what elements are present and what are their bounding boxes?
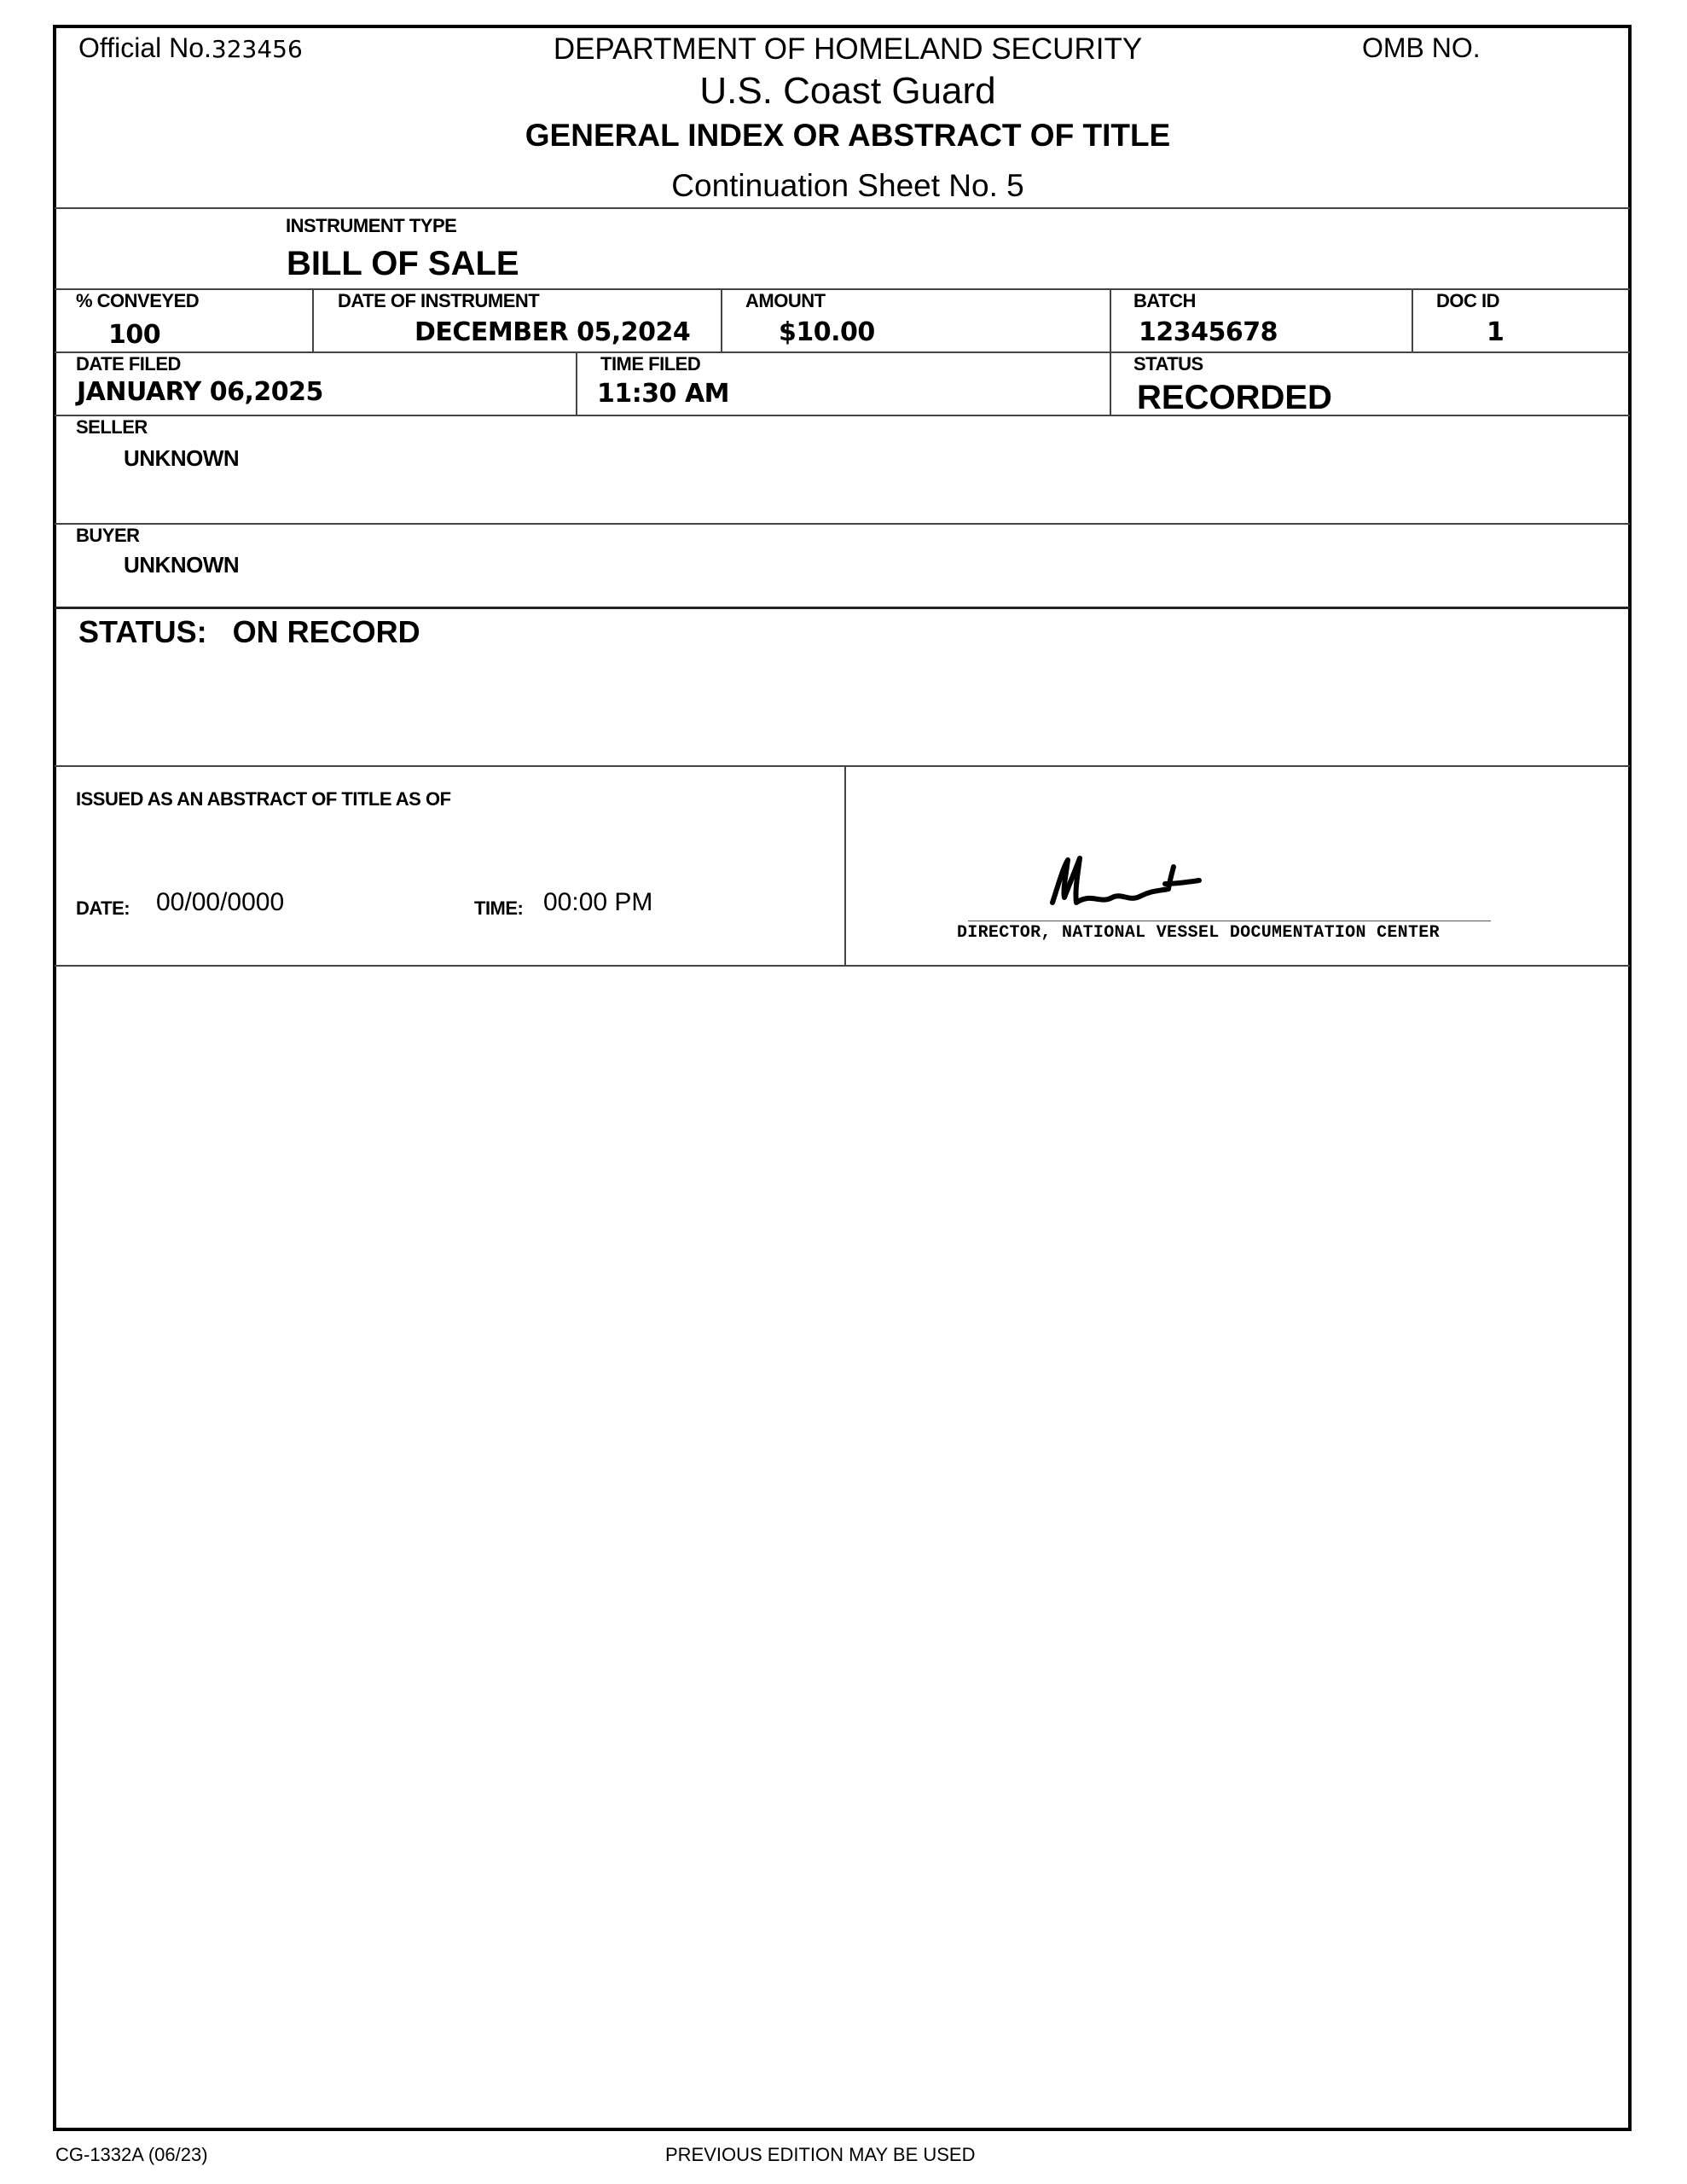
date-filed-label: DATE FILED bbox=[76, 353, 181, 375]
status-value: RECORDED bbox=[1137, 379, 1332, 417]
doc-id-label: DOC ID bbox=[1436, 290, 1499, 312]
date-filed-value: JANUARY 06,2025 bbox=[77, 377, 323, 407]
form-number: CG-1332A (06/23) bbox=[55, 2144, 208, 2166]
batch-label: BATCH bbox=[1133, 290, 1196, 312]
issued-date-value: 00/00/0000 bbox=[156, 888, 284, 917]
omb-number-label: OMB NO. bbox=[1362, 32, 1481, 64]
signature-title: DIRECTOR, NATIONAL VESSEL DOCUMENTATION … bbox=[957, 923, 1440, 943]
divider bbox=[576, 351, 577, 415]
continuation-sheet: Continuation Sheet No. 5 bbox=[0, 168, 1687, 204]
divider bbox=[844, 765, 846, 966]
instrument-divider bbox=[55, 288, 1630, 290]
issued-divider bbox=[55, 965, 1630, 967]
date-of-instrument-value: DECEMBER 05,2024 bbox=[415, 317, 690, 347]
time-filed-value: 11:30 AM bbox=[597, 379, 729, 409]
agency-name: U.S. Coast Guard bbox=[0, 70, 1687, 113]
details-divider bbox=[55, 351, 1630, 353]
record-status-value: ON RECORD bbox=[233, 614, 420, 649]
record-status: STATUS:ON RECORD bbox=[78, 614, 420, 650]
signature-icon bbox=[1041, 853, 1271, 921]
status-divider bbox=[55, 765, 1630, 767]
seller-label: SELLER bbox=[76, 416, 148, 439]
filing-divider bbox=[55, 415, 1630, 416]
issued-date-label: DATE: bbox=[76, 897, 130, 920]
instrument-type-label: INSTRUMENT TYPE bbox=[286, 215, 456, 237]
divider bbox=[312, 288, 314, 351]
date-of-instrument-label: DATE OF INSTRUMENT bbox=[338, 290, 539, 312]
instrument-type-value: BILL OF SALE bbox=[287, 245, 519, 283]
batch-value: 12345678 bbox=[1139, 317, 1278, 347]
record-status-label: STATUS: bbox=[78, 614, 207, 649]
issued-time-value: 00:00 PM bbox=[543, 888, 652, 917]
divider bbox=[1412, 288, 1413, 351]
conveyed-value: 100 bbox=[108, 320, 160, 350]
issued-heading: ISSUED AS AN ABSTRACT OF TITLE AS OF bbox=[76, 788, 451, 810]
conveyed-label: % CONVEYED bbox=[76, 290, 199, 312]
amount-value: $10.00 bbox=[779, 317, 875, 347]
form-title: GENERAL INDEX OR ABSTRACT OF TITLE bbox=[0, 118, 1687, 154]
doc-id-value: 1 bbox=[1487, 317, 1504, 347]
issued-time-label: TIME: bbox=[474, 897, 523, 920]
time-filed-label: TIME FILED bbox=[600, 353, 700, 375]
seller-divider bbox=[55, 523, 1630, 525]
buyer-value: UNKNOWN bbox=[124, 552, 239, 578]
amount-label: AMOUNT bbox=[745, 290, 826, 312]
seller-value: UNKNOWN bbox=[124, 445, 239, 472]
divider bbox=[721, 288, 722, 351]
status-label: STATUS bbox=[1133, 353, 1203, 375]
buyer-divider bbox=[55, 607, 1630, 609]
edition-note: PREVIOUS EDITION MAY BE USED bbox=[665, 2144, 975, 2166]
buyer-label: BUYER bbox=[76, 525, 140, 547]
signature-line bbox=[968, 921, 1491, 921]
header-divider bbox=[55, 207, 1630, 209]
